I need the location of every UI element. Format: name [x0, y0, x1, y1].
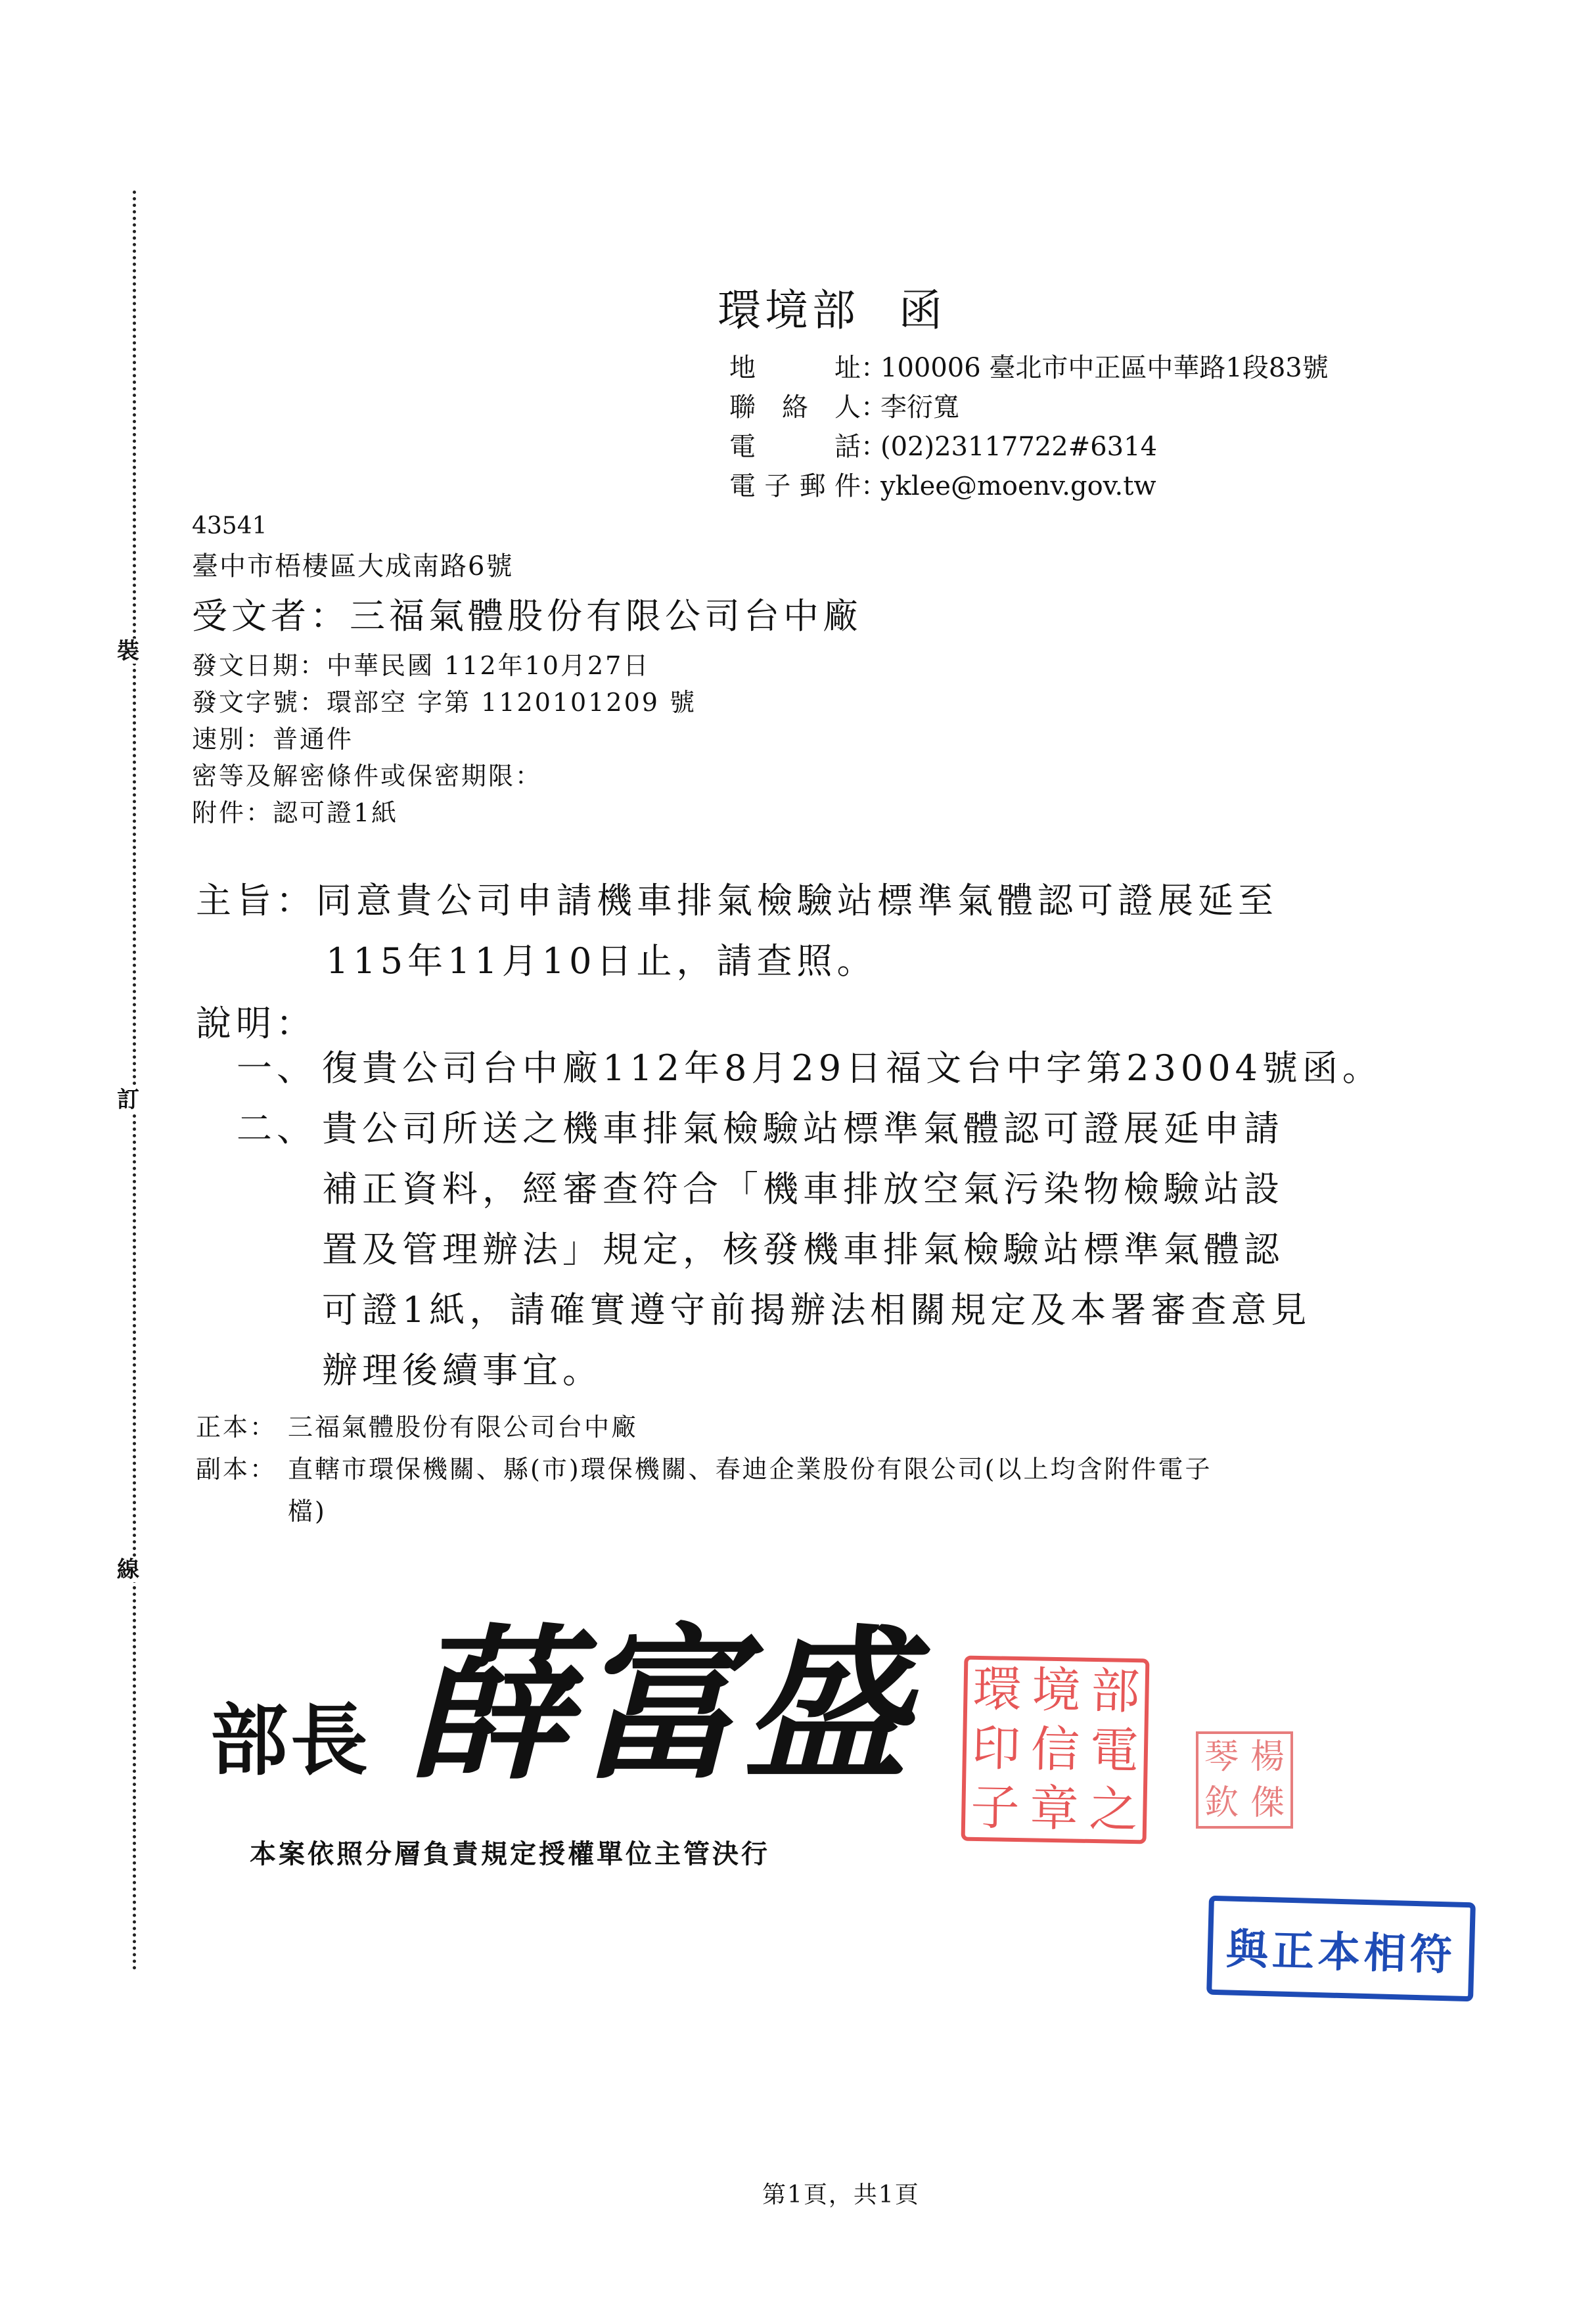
recipient-address: 臺中市梧棲區大成南路6號	[192, 545, 513, 583]
item-line: 復貴公司台中廠112年8月29日福文台中字第23004號函。	[322, 1038, 1432, 1099]
explanation-section: 一、 復貴公司台中廠112年8月29日福文台中字第23004號函。 二、 貴公司…	[237, 1038, 1432, 1401]
document-title: 環境部函	[718, 289, 946, 332]
binding-label-zhuang: 裝	[117, 639, 139, 664]
document-meta: 發文日期：中華民國 112年10月27日 發文字號：環部空 字第 1120101…	[192, 647, 696, 831]
personal-seal-red: 琴 楊 欽 傑	[1196, 1731, 1293, 1829]
meta-ref: 環部空 字第 1120101209 號	[327, 688, 696, 717]
item-line: 可證1紙，請確實遵守前揭辦法相關規定及本署審查意見	[322, 1280, 1432, 1340]
item-line: 補正資料，經審查符合「機車排放空氣污染物檢驗站設	[322, 1159, 1432, 1220]
certified-copy-stamp: 與正本相符	[1206, 1896, 1476, 2002]
copy-recipients-line-1: 直轄市環保機關、縣(市)環保機關、春迪企業股份有限公司(以上均含附件電子	[288, 1448, 1212, 1490]
copy-recipient-row: 副本： 直轄市環保機關、縣(市)環保機關、春迪企業股份有限公司(以上均含附件電子…	[196, 1448, 1411, 1532]
meta-attachment-row: 附件：認可證1紙	[192, 794, 696, 831]
subject-section: 主旨：同意貴公司申請機車排氣檢驗站標準氣體認可證展延至 115年11月10日止，…	[196, 871, 1444, 992]
doc-type: 函	[899, 285, 946, 336]
binding-label-xian: 線	[117, 1557, 139, 1582]
recipient-line: 受文者：三福氣體股份有限公司台中廠	[192, 588, 862, 639]
item-number: 一、	[237, 1038, 322, 1099]
meta-secrecy-row: 密等及解密條件或保密期限：	[192, 758, 696, 794]
official-seal-red: 環 境 部 印 信 電 子 章 之	[961, 1656, 1150, 1844]
meta-label: 密等及解密條件或保密期限：	[192, 762, 542, 790]
delegation-note: 本案依照分層負責規定授權單位主管決行	[250, 1833, 770, 1871]
original-label: 正本：	[196, 1406, 288, 1448]
contact-label: 聯絡人	[729, 388, 861, 427]
explanation-item-2: 二、 貴公司所送之機車排氣檢驗站標準氣體認可證展延申請 補正資料，經審查符合「機…	[237, 1099, 1432, 1401]
contact-value: (02)23117722#6314	[880, 432, 1157, 462]
item-line: 置及管理辦法」規定，核發機車排氣檢驗站標準氣體認	[322, 1220, 1432, 1280]
page-number: 第1頁，共1頁	[762, 2176, 920, 2210]
contact-value: 100006 臺北市中正區中華路1段83號	[880, 353, 1329, 383]
contact-label: 電話	[729, 427, 861, 467]
meta-speed: 普通件	[273, 725, 353, 754]
item-number: 二、	[237, 1099, 322, 1401]
meta-date-row: 發文日期：中華民國 112年10月27日	[192, 647, 696, 684]
contact-address-row: 地址：100006 臺北市中正區中華路1段83號	[729, 348, 1329, 388]
contact-email-row: 電子郵件：yklee@moenv.gov.tw	[729, 467, 1329, 506]
contact-person-row: 聯絡人：李衍寬	[729, 388, 1329, 427]
meta-label: 速別：	[192, 725, 273, 754]
contact-block: 地址：100006 臺北市中正區中華路1段83號 聯絡人：李衍寬 電話：(02)…	[729, 348, 1329, 506]
subject-label: 主旨：	[196, 880, 316, 921]
recipient-zip: 43541	[192, 513, 267, 539]
contact-email[interactable]: yklee@moenv.gov.tw	[880, 471, 1156, 501]
meta-label: 附件：	[192, 798, 273, 827]
contact-value: 李衍寬	[880, 392, 959, 422]
item-line: 辦理後續事宜。	[322, 1340, 1432, 1401]
meta-ref-row: 發文字號：環部空 字第 1120101209 號	[192, 684, 696, 721]
distribution-section: 正本： 三福氣體股份有限公司台中廠 副本： 直轄市環保機關、縣(市)環保機關、春…	[196, 1406, 1411, 1532]
recipient-name: 三福氣體股份有限公司台中廠	[350, 595, 862, 637]
meta-label: 發文日期：	[192, 651, 327, 680]
agency-name: 環境部	[718, 285, 859, 336]
meta-date: 中華民國 112年10月27日	[327, 651, 650, 680]
contact-phone-row: 電話：(02)23117722#6314	[729, 427, 1329, 467]
explanation-item-1: 一、 復貴公司台中廠112年8月29日福文台中字第23004號函。	[237, 1038, 1432, 1099]
contact-label: 地址	[729, 348, 861, 388]
subject-line-1: 主旨：同意貴公司申請機車排氣檢驗站標準氣體認可證展延至	[196, 871, 1444, 931]
contact-label: 電子郵件	[729, 467, 861, 506]
signer-title: 部長	[210, 1702, 371, 1779]
item-line: 貴公司所送之機車排氣檢驗站標準氣體認可證展延申請	[322, 1099, 1432, 1159]
recipient-label: 受文者：	[192, 595, 350, 637]
original-recipient-row: 正本： 三福氣體股份有限公司台中廠	[196, 1406, 1411, 1448]
original-recipient: 三福氣體股份有限公司台中廠	[288, 1406, 638, 1448]
signer-signature: 薛富盛	[407, 1623, 912, 1787]
meta-speed-row: 速別：普通件	[192, 721, 696, 758]
copy-label: 副本：	[196, 1448, 288, 1532]
binding-dotted-line	[133, 191, 136, 1971]
copy-recipients-line-2: 檔)	[288, 1490, 1212, 1532]
subject-line-2: 115年11月10日止，請查照。	[196, 931, 1444, 992]
meta-attachment: 認可證1紙	[273, 798, 398, 827]
meta-label: 發文字號：	[192, 688, 327, 717]
binding-label-ding: 訂	[117, 1087, 139, 1112]
